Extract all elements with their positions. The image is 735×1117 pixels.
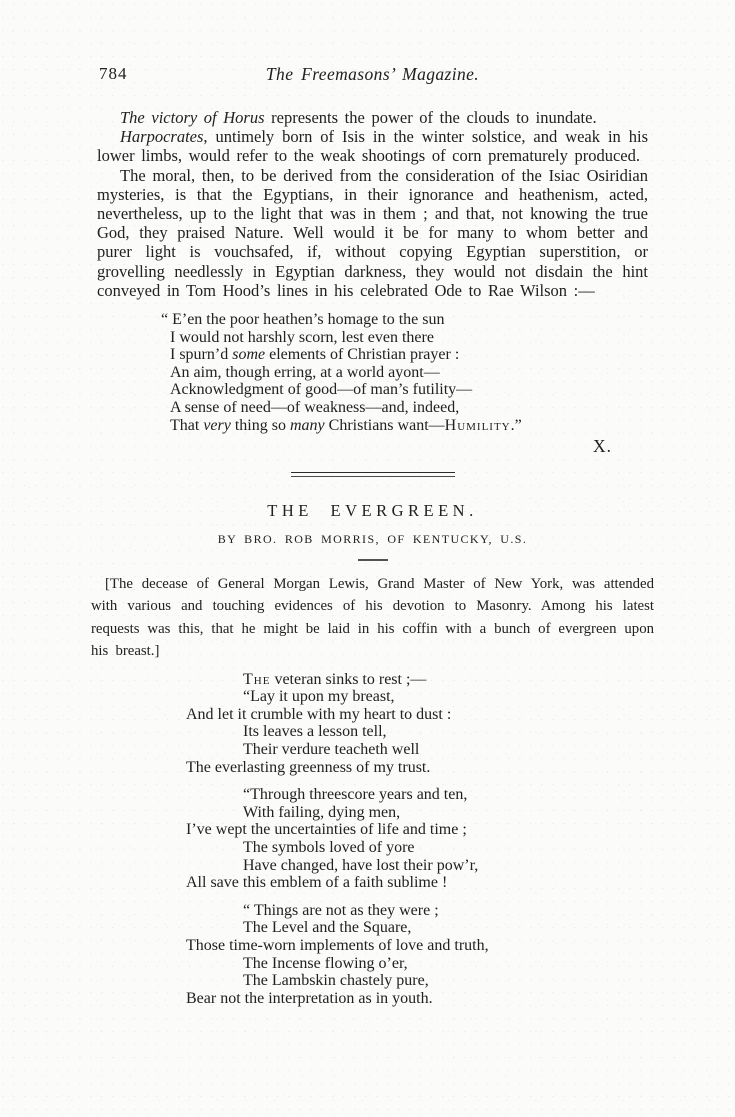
italic-text: very: [203, 417, 231, 434]
poem-line: “ Things are not as they were ;: [243, 902, 648, 920]
paragraph-moral: The moral, then, to be derived from the …: [97, 166, 648, 300]
text-run: veteran sinks to rest ;—: [270, 671, 426, 688]
poem-stanza: The veteran sinks to rest ;—“Lay it upon…: [186, 671, 648, 777]
text-run: The Level and the Square,: [243, 919, 411, 936]
text-run: Those time-worn implements of love and t…: [186, 937, 489, 954]
text-run: And let it crumble with my heart to dust…: [186, 706, 451, 723]
poem-line: “Lay it upon my breast,: [243, 688, 648, 706]
text-run: Acknowledgment of good—of man’s futility…: [170, 381, 472, 398]
evergreen-poem: The veteran sinks to rest ;—“Lay it upon…: [186, 671, 648, 1008]
paragraph-harpocrates: Harpocrates, untimely born of Isis in th…: [97, 127, 648, 165]
text-run: All save this emblem of a faith sublime …: [186, 874, 447, 891]
poem-line: Have changed, have lost their pow’r,: [243, 857, 648, 875]
page-number: 784: [99, 64, 128, 84]
text-run: Have changed, have lost their pow’r,: [243, 857, 478, 874]
text-run: I’ve wept the uncertainties of life and …: [186, 821, 467, 838]
text-run: The Incense flowing o’er,: [243, 955, 408, 972]
text-run: Christians want—: [325, 417, 445, 434]
poem-line: Its leaves a lesson tell,: [243, 723, 648, 741]
poem-line: And let it crumble with my heart to dust…: [186, 706, 648, 724]
poem-line: I’ve wept the uncertainties of life and …: [186, 821, 648, 839]
text-run: Bear not the interpretation as in youth.: [186, 990, 433, 1007]
poem-stanza: “Through threescore years and ten,With f…: [186, 786, 648, 892]
smallcaps-text: The: [243, 671, 270, 688]
text-run: An aim, though erring, at a world ayont—: [170, 364, 440, 381]
text-run: .”: [511, 417, 522, 434]
text-run: thing so: [231, 417, 290, 434]
running-head-title: The Freemasons’ Magazine.: [97, 64, 648, 85]
poem-line: The veteran sinks to rest ;—: [243, 671, 648, 689]
poem-line: An aim, though erring, at a world ayont—: [170, 364, 648, 382]
text-run: I spurn’d: [170, 346, 232, 363]
text-run: That: [170, 417, 203, 434]
text-run: The everlasting greenness of my trust.: [186, 759, 430, 776]
poem-line: “Through threescore years and ten,: [243, 786, 648, 804]
editorial-note: [The decease of General Morgan Lewis, Gr…: [91, 573, 654, 663]
poem-stanza: “ Things are not as they were ;The Level…: [186, 902, 648, 1008]
poem-line: I would not harshly scorn, lest even the…: [170, 329, 648, 347]
text-run: The Lambskin chastely pure,: [243, 972, 429, 989]
text-run: Their verdure teacheth well: [243, 741, 419, 758]
section-divider-rule: [291, 472, 455, 477]
poem-line: The Lambskin chastely pure,: [243, 972, 648, 990]
paragraph-victory-of-horus: The victory of Horus represents the powe…: [97, 108, 648, 127]
poem-line: A sense of need—of weakness—and, indeed,: [170, 399, 648, 417]
text-run: The symbols loved of yore: [243, 839, 415, 856]
text-run: “Lay it upon my breast,: [243, 688, 395, 705]
smallcaps-text: Humility: [445, 417, 511, 434]
text-run: [The decease of General Morgan Lewis, Gr…: [91, 576, 654, 660]
text-run: represents the power of the clouds to in…: [265, 108, 597, 127]
hood-ode-quotation: “ E’en the poor heathen’s homage to the …: [170, 311, 648, 434]
magazine-page: 784 The Freemasons’ Magazine. The victor…: [0, 0, 735, 1117]
poem-line: The Incense flowing o’er,: [243, 955, 648, 973]
italic-text: Harpocrates: [120, 127, 203, 146]
text-run: With failing, dying men,: [243, 804, 400, 821]
poem-line: I spurn’d some elements of Christian pra…: [170, 346, 648, 364]
poem-line: Those time-worn implements of love and t…: [186, 937, 648, 955]
italic-text: some: [232, 346, 265, 363]
italic-text: many: [290, 417, 325, 434]
poem-line: Bear not the interpretation as in youth.: [186, 990, 648, 1008]
text-run: “ E’en the poor heathen’s homage to the …: [161, 311, 444, 328]
poem-line: With failing, dying men,: [243, 804, 648, 822]
author-signature: X.: [97, 436, 648, 457]
poem-line: “ E’en the poor heathen’s homage to the …: [161, 311, 648, 329]
poem-line: That very thing so many Christians want—…: [170, 417, 648, 435]
text-run: elements of Christian prayer :: [265, 346, 459, 363]
italic-text: The victory of Horus: [120, 108, 265, 127]
poem-line: The Level and the Square,: [243, 919, 648, 937]
byline-divider-rule: [358, 559, 388, 561]
article-title: THE EVERGREEN.: [97, 501, 648, 521]
text-run: “Through threescore years and ten,: [243, 786, 467, 803]
poem-line: The everlasting greenness of my trust.: [186, 759, 648, 777]
poem-line: All save this emblem of a faith sublime …: [186, 874, 648, 892]
article-byline: BY BRO. ROB MORRIS, OF KENTUCKY, U.S.: [97, 532, 648, 547]
poem-line: Acknowledgment of good—of man’s futility…: [170, 381, 648, 399]
text-run: Its leaves a lesson tell,: [243, 723, 387, 740]
text-run: “ Things are not as they were ;: [243, 902, 439, 919]
text-run: I would not harshly scorn, lest even the…: [170, 329, 434, 346]
poem-line: The symbols loved of yore: [243, 839, 648, 857]
text-run: A sense of need—of weakness—and, indeed,: [170, 399, 459, 416]
poem-line: Their verdure teacheth well: [243, 741, 648, 759]
text-run: The moral, then, to be derived from the …: [97, 166, 648, 300]
page-header: 784 The Freemasons’ Magazine.: [97, 64, 648, 86]
